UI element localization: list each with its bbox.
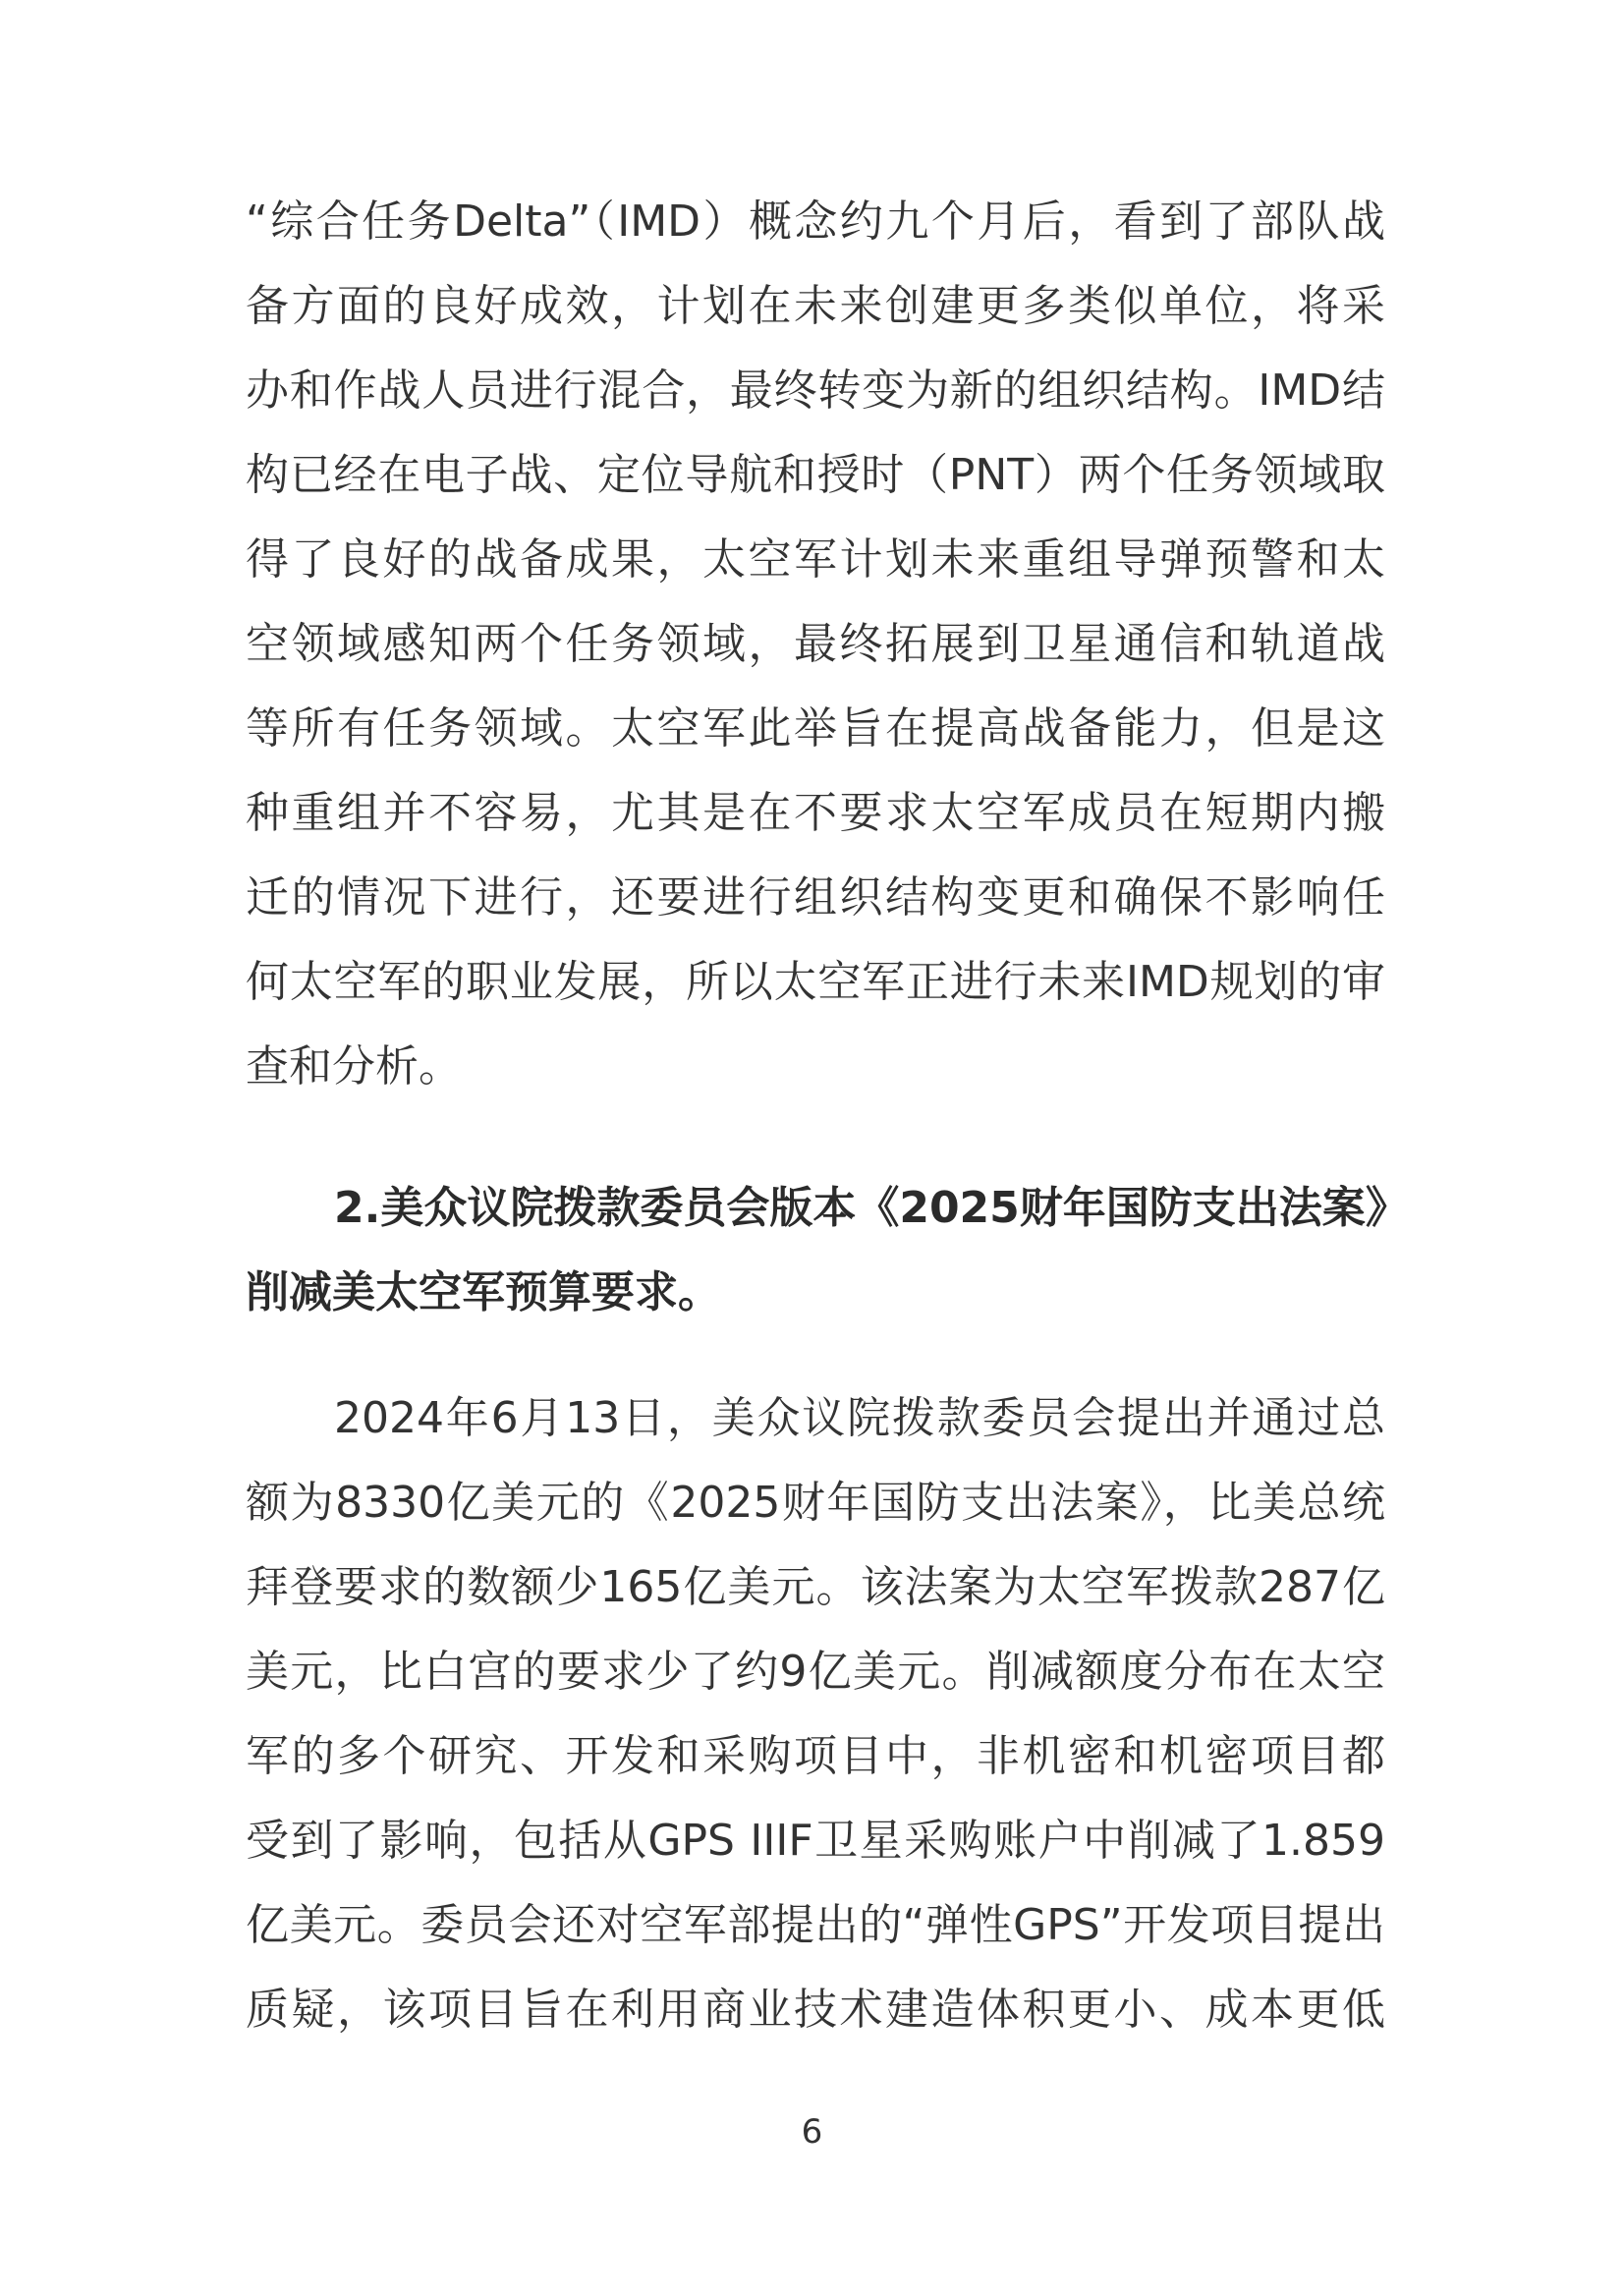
text-line: 种重组并不容易，尤其是在不要求太空军成员在短期内搬 — [246, 784, 1385, 843]
text-line: “综合任务Delta”（IMD）概念约九个月后，看到了部队战 — [246, 193, 1385, 252]
text-line: 办和作战人员进行混合，最终转变为新的组织结构。IMD结 — [246, 362, 1385, 420]
page-number: 6 — [0, 2112, 1624, 2152]
text-line: 备方面的良好成效，计划在未来创建更多类似单位，将采 — [246, 277, 1385, 336]
heading-line: 削减美太空军预算要求。 — [246, 1263, 1385, 1322]
heading-line: 2.美众议院拨款委员会版本《2025财年国防支出法案》 — [334, 1179, 1385, 1238]
text-line: 拜登要求的数额少165亿美元。该法案为太空军拨款287亿 — [246, 1558, 1385, 1617]
text-line: 得了良好的战备成果，太空军计划未来重组导弹预警和太 — [246, 531, 1385, 589]
text-line: 质疑，该项目旨在利用商业技术建造体积更小、成本更低 — [246, 1981, 1385, 2040]
document-page: “综合任务Delta”（IMD）概念约九个月后，看到了部队战 备方面的良好成效，… — [0, 0, 1624, 2296]
text-line: 军的多个研究、开发和采购项目中，非机密和机密项目都 — [246, 1727, 1385, 1786]
text-line: 构已经在电子战、定位导航和授时（PNT）两个任务领域取 — [246, 446, 1385, 505]
text-line: 何太空军的职业发展，所以太空军正进行未来IMD规划的审 — [246, 953, 1385, 1012]
text-line: 额为8330亿美元的《2025财年国防支出法案》，比美总统 — [246, 1474, 1385, 1533]
text-line: 亿美元。委员会还对空军部提出的“弹性GPS”开发项目提出 — [246, 1896, 1385, 1955]
text-line: 查和分析。 — [246, 1037, 1385, 1096]
text-line: 迁的情况下进行，还要进行组织结构变更和确保不影响任 — [246, 868, 1385, 927]
text-line: 受到了影响，包括从GPS IIIF卫星采购账户中削减了1.859 — [246, 1812, 1385, 1871]
text-line: 2024年6月13日，美众议院拨款委员会提出并通过总 — [334, 1389, 1385, 1448]
text-line: 美元，比白宫的要求少了约9亿美元。削减额度分布在太空 — [246, 1643, 1385, 1702]
text-line: 空领域感知两个任务领域，最终拓展到卫星通信和轨道战 — [246, 615, 1385, 674]
text-line: 等所有任务领域。太空军此举旨在提高战备能力，但是这 — [246, 700, 1385, 758]
